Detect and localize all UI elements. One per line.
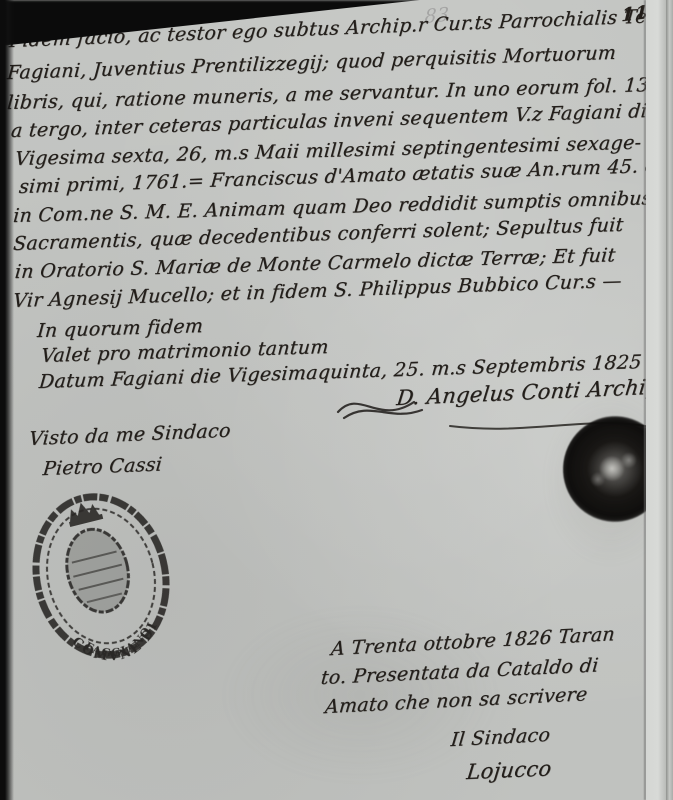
mayor-visa: Visto da me Sindaco <box>28 420 231 451</box>
registration-note-line: Il Sindaco <box>450 724 552 751</box>
commune-stamp-text: COMVNE DI <box>67 614 169 674</box>
record-line: In quorum fidem <box>36 315 204 342</box>
scan-edge-left <box>0 0 14 800</box>
commune-stamp: COMVNE DI FAGGIANO <box>6 471 195 682</box>
svg-text:COMVNE DI: COMVNE DI <box>67 614 169 674</box>
scan-edge-right <box>666 0 673 800</box>
registration-signature: Lojucco <box>465 756 553 784</box>
page-margin-right <box>646 0 666 800</box>
document-scan: 83 1154 Fidem facio, ac testor ego subtu… <box>0 0 673 800</box>
